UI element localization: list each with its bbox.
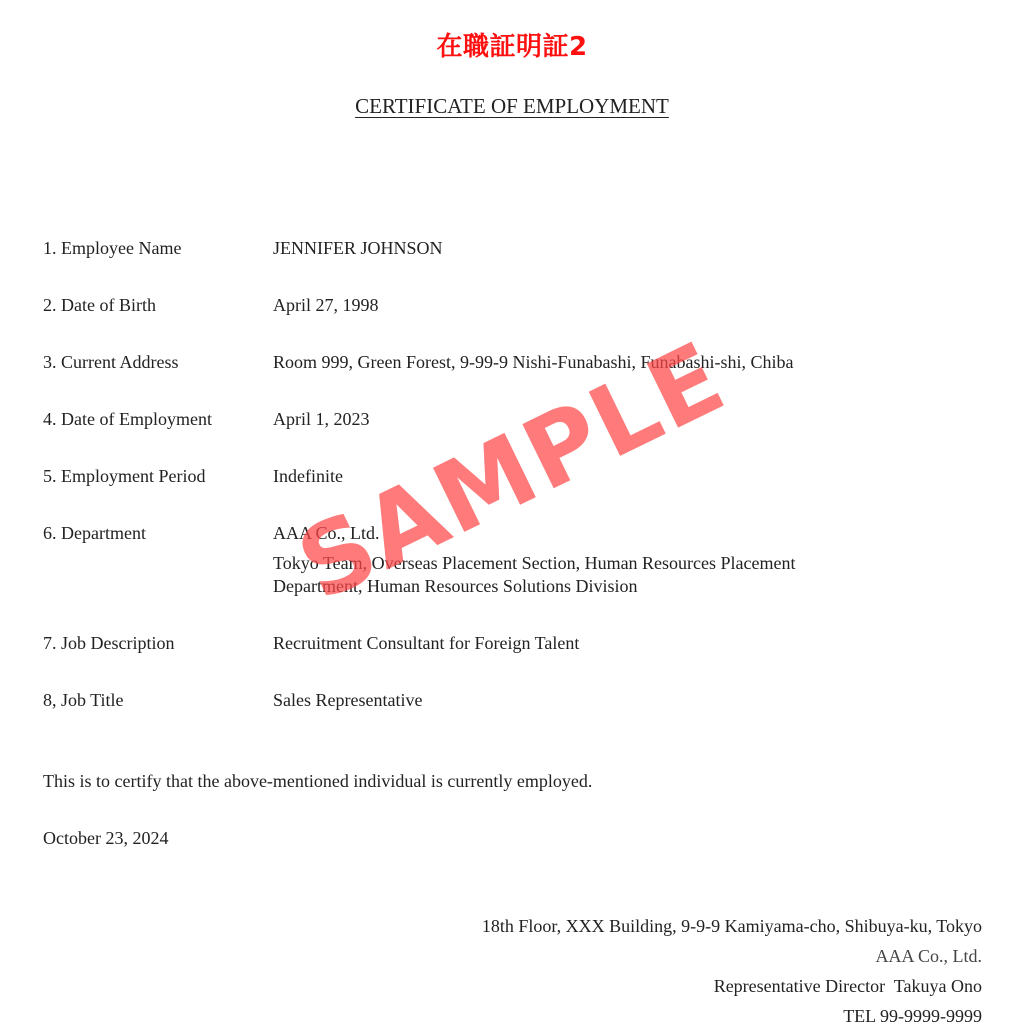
field-value: Sales Representative: [273, 689, 422, 712]
certification-statement: This is to certify that the above-mentio…: [43, 771, 592, 792]
field-label: 7. Job Description: [43, 632, 174, 655]
issuer-tel: TEL 99-9999-9999: [482, 1001, 982, 1024]
issuer-company: AAA Co., Ltd.: [482, 941, 982, 971]
field-label: 8, Job Title: [43, 689, 124, 712]
field-label: 1. Employee Name: [43, 237, 181, 260]
document-title: CERTIFICATE OF EMPLOYMENT: [0, 94, 1024, 119]
field-value: Indefinite: [273, 465, 343, 488]
field-value-line: Department, Human Resources Solutions Di…: [273, 575, 796, 598]
field-value: April 27, 1998: [273, 294, 379, 317]
field-label: 6. Department: [43, 522, 146, 545]
field-label: 2. Date of Birth: [43, 294, 156, 317]
field-label: 3. Current Address: [43, 351, 178, 374]
field-label: 4. Date of Employment: [43, 408, 212, 431]
field-value-line: April 1, 2023: [273, 408, 370, 431]
field-label: 5. Employment Period: [43, 465, 205, 488]
issuer-address: 18th Floor, XXX Building, 9-9-9 Kamiyama…: [482, 911, 982, 941]
field-value-line: Indefinite: [273, 465, 343, 488]
field-value: Recruitment Consultant for Foreign Talen…: [273, 632, 579, 655]
field-value: April 1, 2023: [273, 408, 370, 431]
field-value-line: Room 999, Green Forest, 9-99-9 Nishi-Fun…: [273, 351, 793, 374]
issuer-representative: Representative Director Takuya Ono: [482, 971, 982, 1001]
field-value-line: April 27, 1998: [273, 294, 379, 317]
field-value-line: AAA Co., Ltd.: [273, 522, 796, 545]
field-value: AAA Co., Ltd. Tokyo Team, Overseas Place…: [273, 522, 796, 598]
issuer-block: 18th Floor, XXX Building, 9-9-9 Kamiyama…: [482, 911, 982, 1024]
field-value: JENNIFER JOHNSON: [273, 237, 443, 260]
japanese-title: 在職証明証2: [0, 26, 1024, 63]
field-value: Room 999, Green Forest, 9-99-9 Nishi-Fun…: [273, 351, 793, 374]
field-value-line: Recruitment Consultant for Foreign Talen…: [273, 632, 579, 655]
field-value-line: JENNIFER JOHNSON: [273, 237, 443, 260]
field-value-line: Sales Representative: [273, 689, 422, 712]
document-title-text: CERTIFICATE OF EMPLOYMENT: [355, 94, 669, 118]
field-value-line: Tokyo Team, Overseas Placement Section, …: [273, 552, 796, 575]
issue-date: October 23, 2024: [43, 828, 168, 849]
